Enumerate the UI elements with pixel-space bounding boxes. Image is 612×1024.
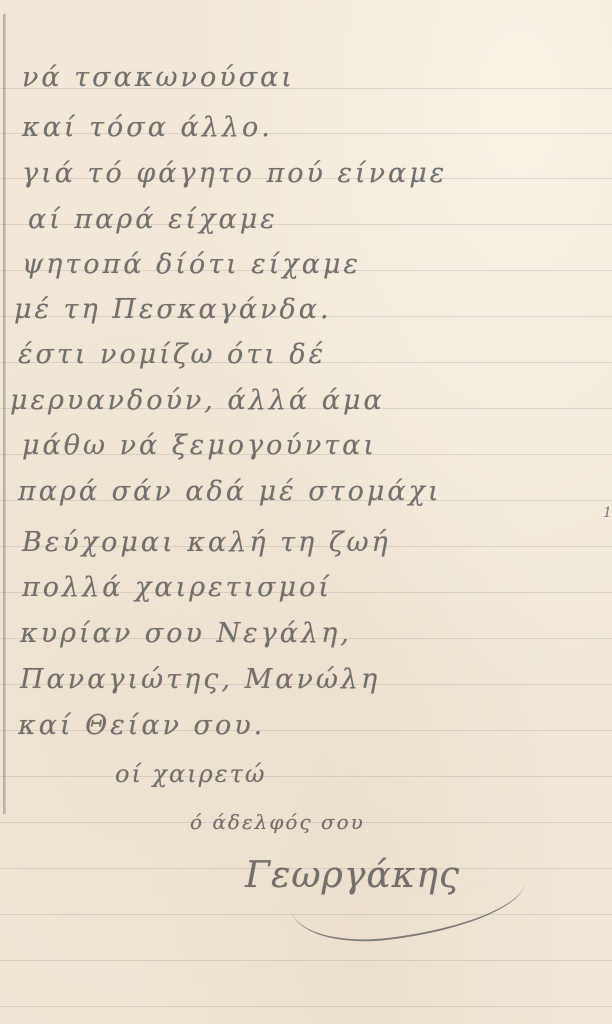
ruled-line — [0, 1006, 612, 1007]
ruled-line — [0, 960, 612, 961]
letter-line-1: νά τσακωνούσαι — [22, 62, 295, 93]
letter-line-10: παρά σάν αδά μέ στομάχι — [18, 476, 442, 507]
closing-greeting: οί χαιρετώ — [115, 760, 266, 788]
letter-line-3: γιά τό φάγητο πού είναμε — [22, 158, 447, 189]
letter-line-5: ψητοπά δίότι είχαμε — [22, 249, 361, 280]
letter-line-2: καί τόσα άλλο. — [22, 112, 273, 143]
letter-line-12: πολλά χαιρετισμοί — [22, 572, 332, 603]
margin-mark: 1 — [603, 505, 612, 521]
letter-line-7: έστι νομίζω ότι δέ — [18, 339, 326, 370]
letter-line-9: μάθω νά ξεμογούνται — [22, 430, 377, 461]
letter-line-15: καί Θείαν σου. — [18, 710, 265, 741]
closing-relation: ό άδελφός σου — [190, 810, 365, 834]
letter-line-11: Βεύχομαι καλή τη ζωή — [22, 527, 391, 558]
ruled-line — [0, 776, 612, 777]
letter-line-14: Παναγιώτης, Μανώλη — [20, 664, 380, 695]
letter-line-4: αί παρά είχαμε — [28, 204, 278, 235]
signature: Γεωργάκης — [245, 855, 460, 896]
letter-line-8: μερυανδούν, άλλά άμα — [10, 385, 385, 416]
left-margin-line — [3, 14, 6, 814]
letter-line-6: μέ τη Πεσκαγάνδα. — [14, 294, 332, 325]
letter-line-13: κυρίαν σου Νεγάλη, — [20, 618, 352, 649]
